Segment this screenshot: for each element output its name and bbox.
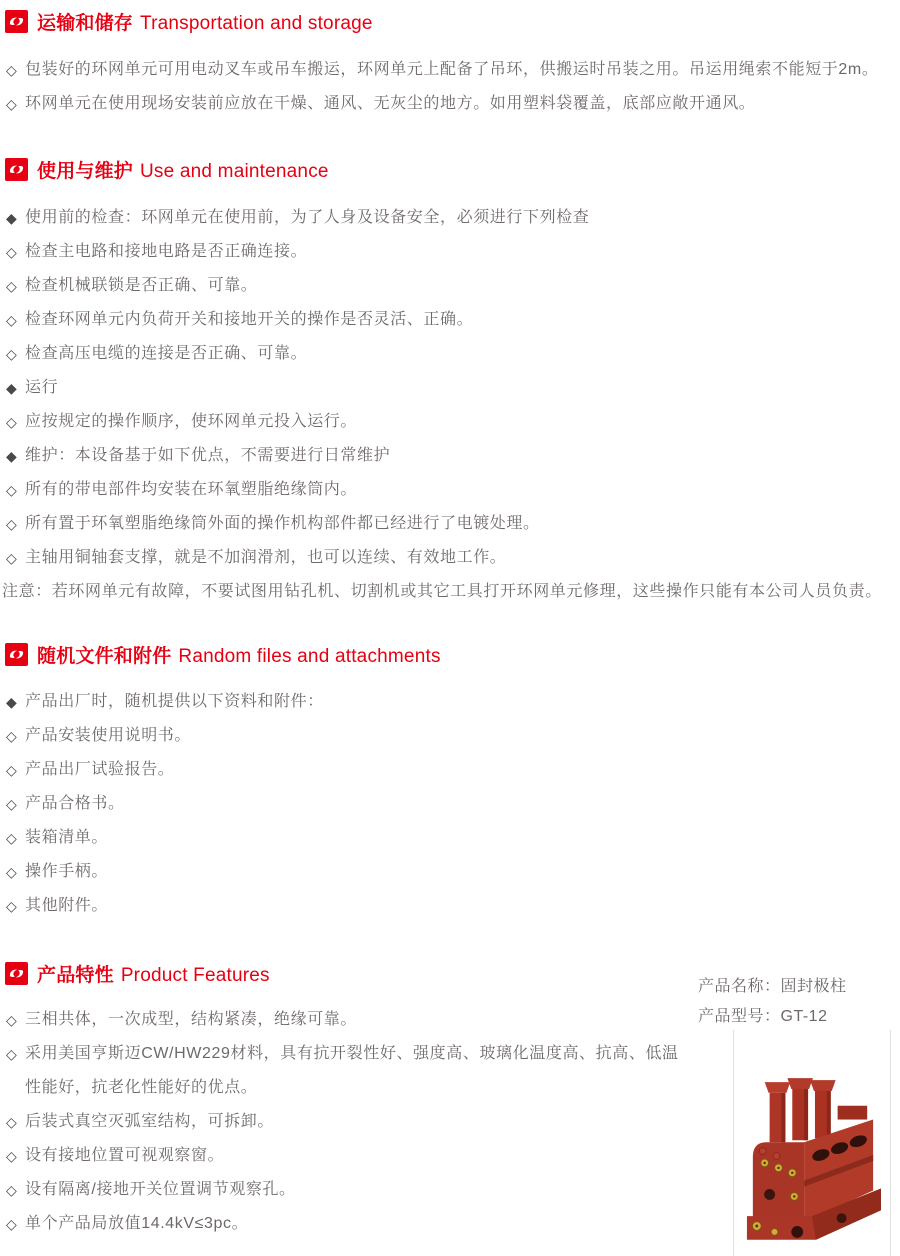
section-title: 产品特性Product Features — [37, 960, 270, 987]
note-text: 注意：若环网单元有故障，不要试图用钻孔机、切割机或其它工具打开环网单元修理，这些… — [2, 583, 882, 600]
brand-swirl-icon — [5, 962, 28, 985]
section-items-random-files: ◆产品出厂时，随机提供以下资料和附件： ◇产品安装使用说明书。 ◇产品出厂试验报… — [0, 685, 898, 923]
section-items-product-features: ◇三相共体，一次成型，结构紧凑，绝缘可靠。 ◇采用美国亨斯迈CW/HW229材料… — [0, 1003, 745, 1241]
list-item-text: 运行 — [25, 379, 58, 396]
list-item: ◆使用前的检查：环网单元在使用前，为了人身及设备安全，必须进行下列检查 — [0, 201, 898, 235]
list-item: ◇主轴用铜轴套支撑，就是不加润滑剂，也可以连续、有效地工作。 — [0, 541, 898, 575]
catalog-page: 运输和储存Transportation and storage ◇包装好的环网单… — [0, 0, 900, 1256]
list-item: ◇后装式真空灭弧室结构，可拆卸。 — [0, 1105, 745, 1139]
list-item-text: 维护：本设备基于如下优点，不需要进行日常维护 — [25, 447, 390, 464]
hollow-diamond-bullet: ◇ — [6, 855, 17, 889]
hollow-diamond-bullet: ◇ — [6, 337, 17, 371]
list-item: ◇装箱清单。 — [0, 821, 898, 855]
hollow-diamond-bullet: ◇ — [6, 303, 17, 337]
list-item: ◇采用美国亨斯迈CW/HW229材料，具有抗开裂性好、强度高、玻璃化温度高、抗高… — [0, 1037, 745, 1105]
section-title-zh: 使用与维护 — [37, 161, 133, 182]
hollow-diamond-bullet: ◇ — [6, 269, 17, 303]
list-item-text: 检查高压电缆的连接是否正确、可靠。 — [25, 345, 307, 362]
product-name-value: 固封极柱 — [781, 978, 847, 995]
list-item: ◇所有置于环氧塑脂绝缘筒外面的操作机构部件都已经进行了电镀处理。 — [0, 507, 898, 541]
section-title-en: Use and maintenance — [140, 161, 329, 182]
list-item-text: 主轴用铜轴套支撑，就是不加润滑剂，也可以连续、有效地工作。 — [25, 549, 506, 566]
hollow-diamond-bullet: ◇ — [6, 719, 17, 753]
product-name-label: 产品名称： — [698, 978, 781, 995]
hollow-diamond-bullet: ◇ — [6, 507, 17, 541]
section-title-zh: 随机文件和附件 — [37, 646, 171, 667]
list-item: ◇检查高压电缆的连接是否正确、可靠。 — [0, 337, 898, 371]
section-title: 随机文件和附件Random files and attachments — [37, 641, 441, 668]
list-item: ◇检查机械联锁是否正确、可靠。 — [0, 269, 898, 303]
hollow-diamond-bullet: ◇ — [6, 473, 17, 507]
section-heading-random-files: 随机文件和附件Random files and attachments — [5, 641, 441, 667]
list-item-text: 其他附件。 — [25, 897, 108, 914]
list-item-text-continuation: 性能好，抗老化性能好的优点。 — [25, 1071, 745, 1105]
hollow-diamond-bullet: ◇ — [6, 541, 17, 575]
hollow-diamond-bullet: ◇ — [6, 753, 17, 787]
list-item: ◇操作手柄。 — [0, 855, 898, 889]
hollow-diamond-bullet: ◇ — [6, 787, 17, 821]
list-item: ◇产品合格书。 — [0, 787, 898, 821]
list-item-text: 产品出厂试验报告。 — [25, 761, 174, 778]
list-item: ◆维护：本设备基于如下优点，不需要进行日常维护 — [0, 439, 898, 473]
list-item-text: 所有置于环氧塑脂绝缘筒外面的操作机构部件都已经进行了电镀处理。 — [25, 515, 540, 532]
list-item-text: 应按规定的操作顺序，使环网单元投入运行。 — [25, 413, 357, 430]
solid-diamond-bullet: ◆ — [6, 439, 17, 473]
hollow-diamond-bullet: ◇ — [6, 1207, 17, 1241]
hollow-diamond-bullet: ◇ — [6, 87, 17, 121]
section-title-zh: 产品特性 — [37, 965, 114, 986]
list-item: ◆产品出厂时，随机提供以下资料和附件： — [0, 685, 898, 719]
brand-swirl-icon — [5, 643, 28, 666]
list-item-text: 检查环网单元内负荷开关和接地开关的操作是否灵活、正确。 — [25, 311, 473, 328]
hollow-diamond-bullet: ◇ — [6, 1173, 17, 1207]
list-item: ◇所有的带电部件均安装在环氧塑脂绝缘筒内。 — [0, 473, 898, 507]
section-items-transportation: ◇包装好的环网单元可用电动叉车或吊车搬运，环网单元上配备了吊环，供搬运时吊装之用… — [0, 53, 898, 121]
list-item: ◇产品出厂试验报告。 — [0, 753, 898, 787]
list-item: ◇其他附件。 — [0, 889, 898, 923]
solid-sealed-pole-photo — [743, 1070, 881, 1245]
product-photo-frame — [733, 1030, 891, 1256]
product-name-line: 产品名称：固封极柱 — [698, 972, 847, 1002]
hollow-diamond-bullet: ◇ — [6, 889, 17, 923]
list-item-text: 操作手柄。 — [25, 863, 108, 880]
list-item-text: 检查机械联锁是否正确、可靠。 — [25, 277, 257, 294]
brand-swirl-icon — [5, 158, 28, 181]
list-item-text: 设有隔离/接地开关位置调节观察孔。 — [25, 1181, 296, 1198]
product-model-value: GT-12 — [781, 1008, 828, 1025]
list-item-text: 三相共体，一次成型，结构紧凑，绝缘可靠。 — [25, 1011, 357, 1028]
list-item-text: 产品合格书。 — [25, 795, 125, 812]
list-item-text: 装箱清单。 — [25, 829, 108, 846]
section-title-en: Transportation and storage — [140, 13, 373, 34]
list-item: ◇检查主电路和接地电路是否正确连接。 — [0, 235, 898, 269]
hollow-diamond-bullet: ◇ — [6, 1003, 17, 1037]
list-item: ◇环网单元在使用现场安装前应放在干燥、通风、无灰尘的地方。如用塑料袋覆盖，底部应… — [0, 87, 898, 121]
list-item-text: 产品安装使用说明书。 — [25, 727, 191, 744]
list-item-text: 所有的带电部件均安装在环氧塑脂绝缘筒内。 — [25, 481, 357, 498]
solid-diamond-bullet: ◆ — [6, 371, 17, 405]
list-item: ◇包装好的环网单元可用电动叉车或吊车搬运，环网单元上配备了吊环，供搬运时吊装之用… — [0, 53, 898, 87]
solid-diamond-bullet: ◆ — [6, 201, 17, 235]
list-item-text: 环网单元在使用现场安装前应放在干燥、通风、无灰尘的地方。如用塑料袋覆盖，底部应敞… — [25, 95, 755, 112]
section-heading-product-features: 产品特性Product Features — [5, 960, 270, 986]
section-title-en: Product Features — [121, 965, 270, 986]
list-item-text: 单个产品局放值14.4kV≤3pc。 — [25, 1215, 248, 1232]
hollow-diamond-bullet: ◇ — [6, 1139, 17, 1173]
list-item: ◇三相共体，一次成型，结构紧凑，绝缘可靠。 — [0, 1003, 745, 1037]
section-heading-use-maintenance: 使用与维护Use and maintenance — [5, 156, 329, 182]
list-item-text: 使用前的检查：环网单元在使用前，为了人身及设备安全，必须进行下列检查 — [25, 209, 589, 226]
list-item-text: 设有接地位置可视观察窗。 — [25, 1147, 224, 1164]
hollow-diamond-bullet: ◇ — [6, 1105, 17, 1139]
section-title: 运输和储存Transportation and storage — [37, 8, 373, 35]
section-heading-transportation: 运输和储存Transportation and storage — [5, 8, 373, 34]
list-item-text: 后装式真空灭弧室结构，可拆卸。 — [25, 1113, 274, 1130]
list-item: ◇产品安装使用说明书。 — [0, 719, 898, 753]
hollow-diamond-bullet: ◇ — [6, 1037, 17, 1071]
section-items-use-maintenance: ◆使用前的检查：环网单元在使用前，为了人身及设备安全，必须进行下列检查 ◇检查主… — [0, 201, 898, 609]
note-line: 注意：若环网单元有故障，不要试图用钻孔机、切割机或其它工具打开环网单元修理，这些… — [0, 575, 898, 609]
list-item: ◇单个产品局放值14.4kV≤3pc。 — [0, 1207, 745, 1241]
list-item: ◇检查环网单元内负荷开关和接地开关的操作是否灵活、正确。 — [0, 303, 898, 337]
hollow-diamond-bullet: ◇ — [6, 405, 17, 439]
hollow-diamond-bullet: ◇ — [6, 53, 17, 87]
hollow-diamond-bullet: ◇ — [6, 235, 17, 269]
hollow-diamond-bullet: ◇ — [6, 821, 17, 855]
list-item-text: 检查主电路和接地电路是否正确连接。 — [25, 243, 307, 260]
list-item-text: 采用美国亨斯迈CW/HW229材料，具有抗开裂性好、强度高、玻璃化温度高、抗高、… — [25, 1045, 679, 1062]
list-item: ◆运行 — [0, 371, 898, 405]
brand-swirl-icon — [5, 10, 28, 33]
list-item: ◇设有隔离/接地开关位置调节观察孔。 — [0, 1173, 745, 1207]
solid-diamond-bullet: ◆ — [6, 685, 17, 719]
list-item: ◇设有接地位置可视观察窗。 — [0, 1139, 745, 1173]
list-item-text: 包装好的环网单元可用电动叉车或吊车搬运，环网单元上配备了吊环，供搬运时吊装之用。… — [25, 61, 878, 78]
section-title: 使用与维护Use and maintenance — [37, 156, 329, 183]
section-title-zh: 运输和储存 — [37, 13, 133, 34]
list-item: ◇应按规定的操作顺序，使环网单元投入运行。 — [0, 405, 898, 439]
section-title-en: Random files and attachments — [178, 646, 440, 667]
list-item-text: 产品出厂时，随机提供以下资料和附件： — [25, 693, 324, 710]
